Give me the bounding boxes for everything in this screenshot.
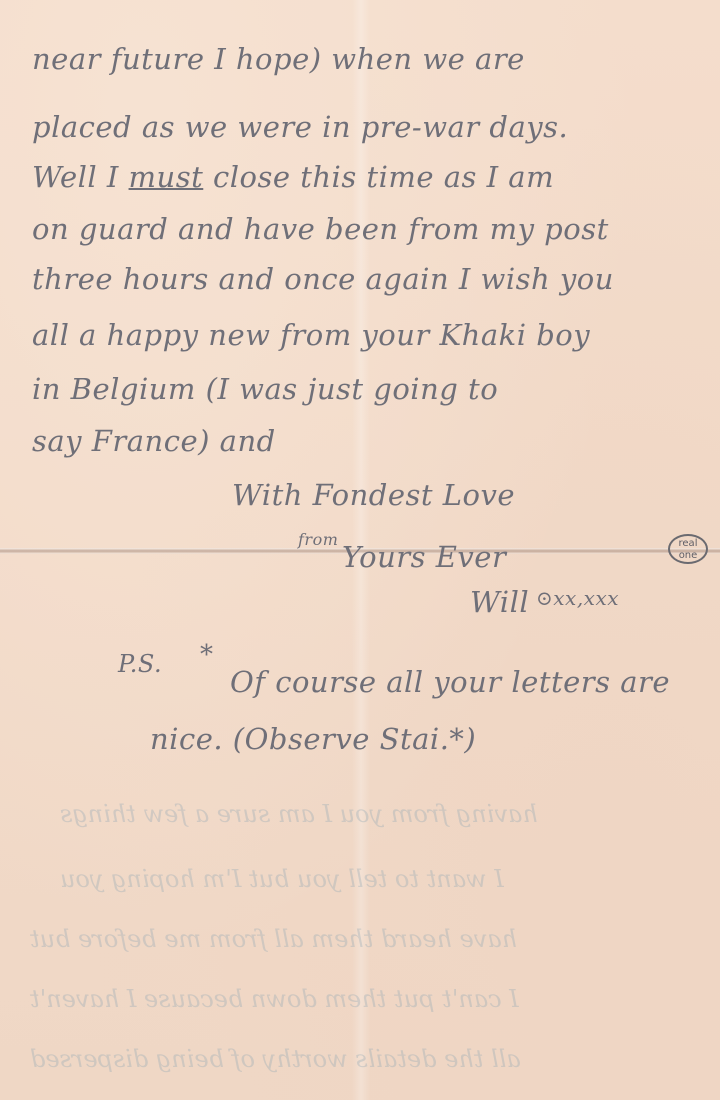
letter-line-8: say France) and <box>32 424 276 458</box>
bleed-through-line: I want to tell you but I'm hoping you <box>60 865 504 893</box>
emphasised-word: must <box>129 160 204 194</box>
letter-line-3: Well I must close this time as I am <box>32 160 554 194</box>
letter-page: having from you I am sure a few things I… <box>0 0 720 1100</box>
letter-line-6: all a happy new from your Khaki boy <box>32 318 590 352</box>
bleed-through-line: having from you I am sure a few things <box>60 800 538 828</box>
letter-line-2: placed as we were in pre-war days. <box>32 110 568 144</box>
bleed-through-line: have heard them all from me before but <box>30 925 517 953</box>
postscript-line-1: Of course all your letters are <box>230 665 670 699</box>
letter-line-7: in Belgium (I was just going to <box>32 372 498 406</box>
circled-annotation-bottom: one <box>670 550 706 562</box>
postscript-label: P.S. <box>118 650 162 678</box>
signature-kisses: ⊙xx,xxx <box>536 586 619 610</box>
asterisk-icon: * <box>200 640 214 670</box>
letter-line-1: near future I hope) when we are <box>32 42 525 76</box>
letter-line-5: three hours and once again I wish you <box>32 262 614 296</box>
postscript-line-2: nice. (Observe Stai.*) <box>150 722 476 756</box>
bleed-through-line: I can't put them down because I haven't <box>30 985 519 1013</box>
closing-from: from <box>298 530 338 549</box>
circled-annotation-top: real <box>670 538 706 550</box>
signature-name: Will <box>470 585 529 619</box>
letter-line-4: on guard and have been from my post <box>32 212 609 246</box>
closing-salutation: With Fondest Love <box>232 478 515 512</box>
letter-line-3-text: Well I must close this time as I am <box>32 160 554 194</box>
bleed-through-line: all the details worthy of being disperse… <box>30 1045 521 1073</box>
circled-annotation: real one <box>668 534 708 564</box>
closing-yours-ever: Yours Ever <box>342 540 506 574</box>
